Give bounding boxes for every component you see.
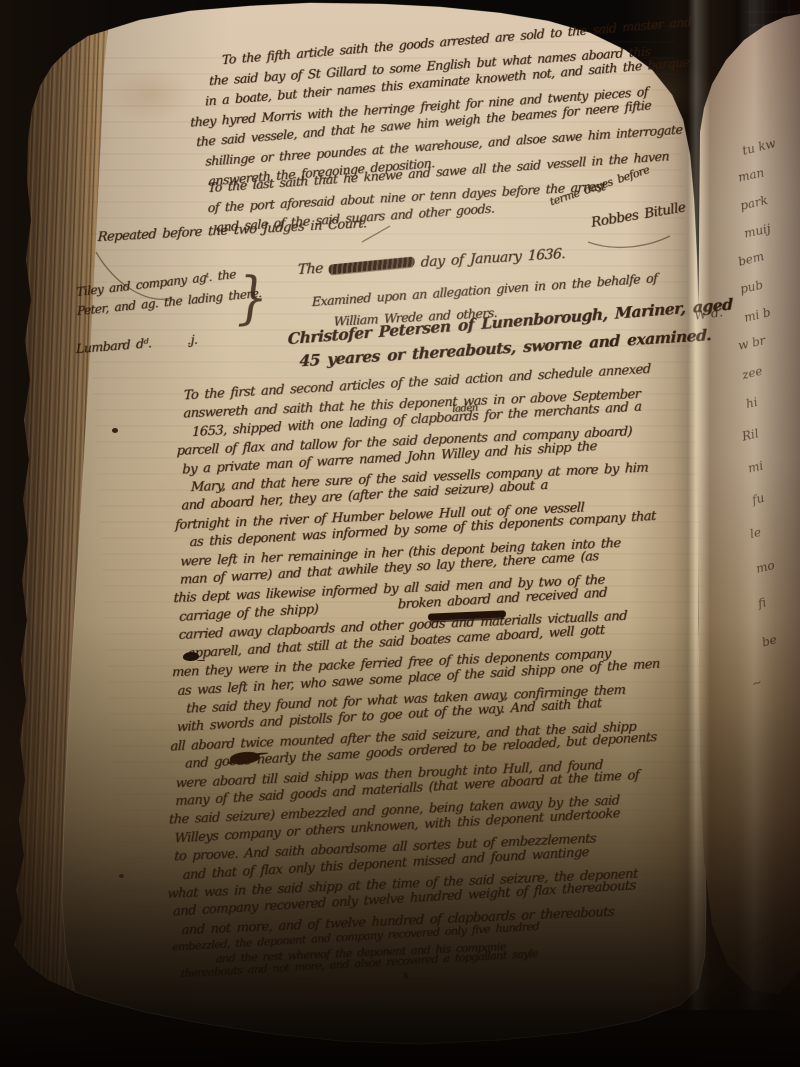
scribbled-word (329, 256, 415, 274)
x-mark: x (402, 968, 409, 982)
manuscript-photo: To the fifth article saith the goods arr… (0, 0, 800, 1067)
gutter-shadow (628, 0, 778, 1010)
x-mark-text: x (402, 968, 409, 982)
ink-speck (119, 874, 124, 878)
interline-insertion: laden (452, 403, 478, 415)
margin-brace: } (235, 271, 269, 326)
interline-word: laden (452, 402, 478, 415)
date-prefix: The (298, 260, 324, 278)
ink-speck (112, 428, 118, 433)
ink-blot (183, 652, 199, 661)
